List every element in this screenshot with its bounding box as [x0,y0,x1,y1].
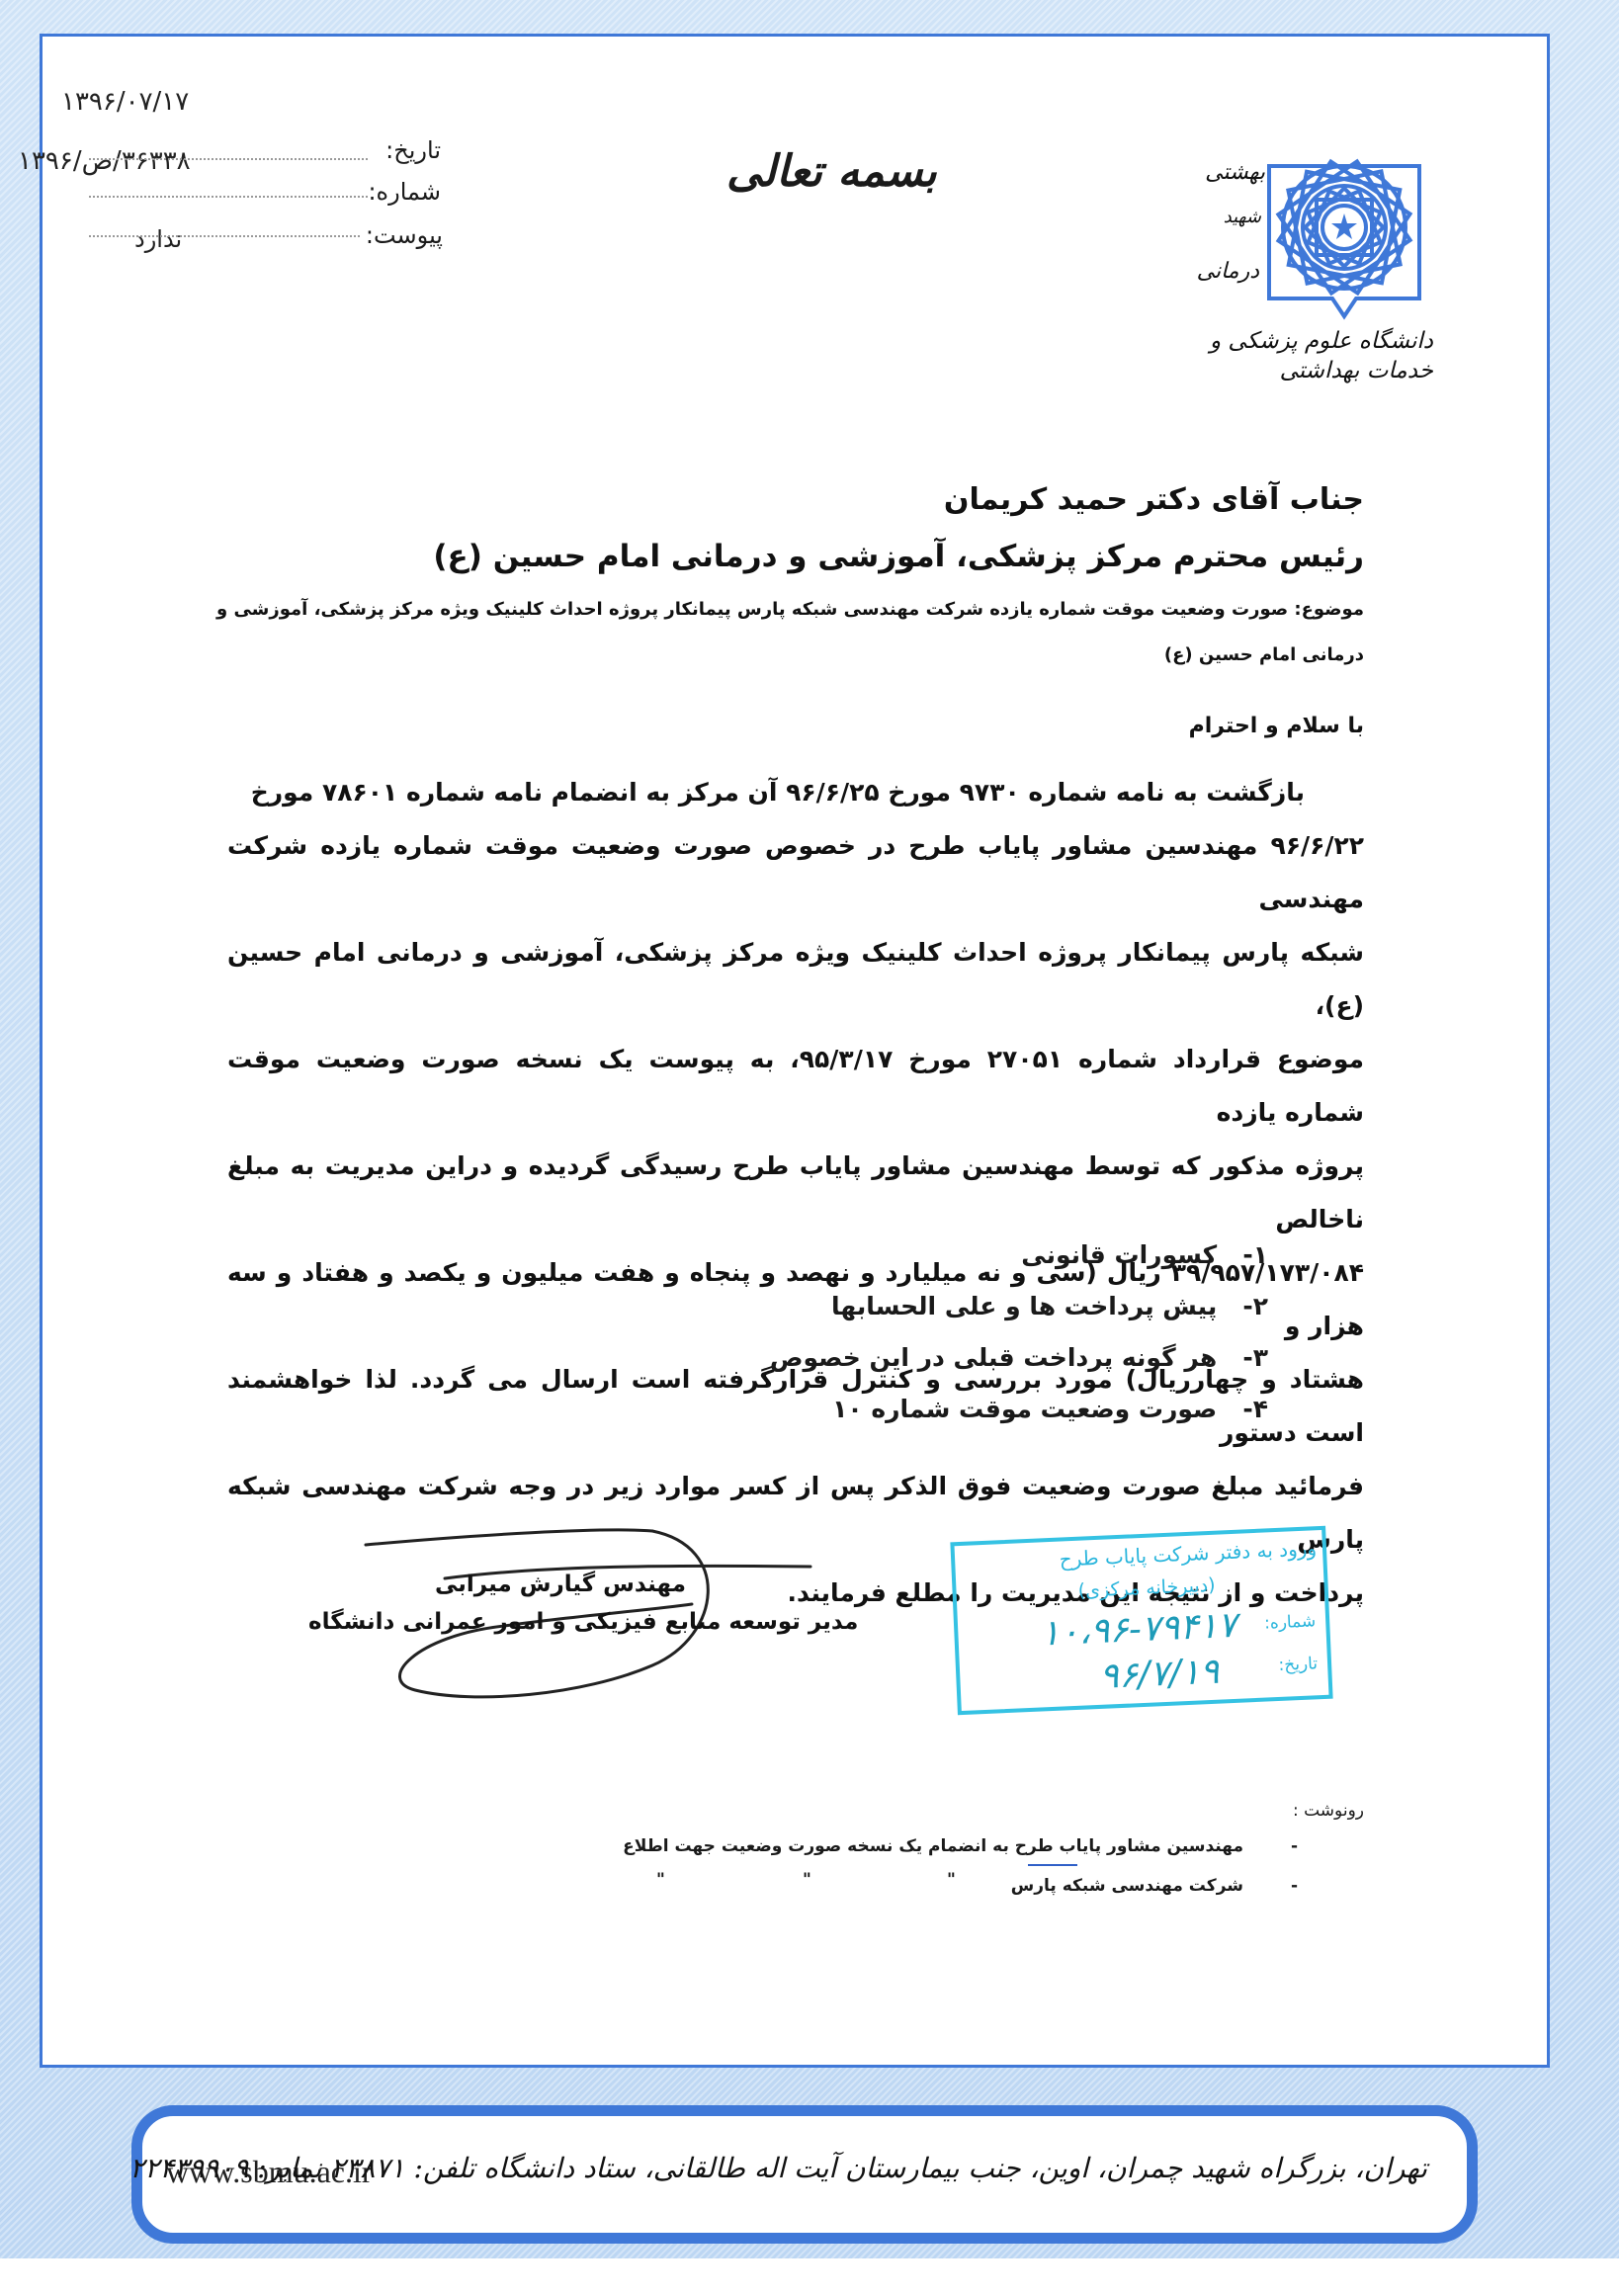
attachment-dotted-line [89,235,360,237]
deduction-text: کسورات قانونی [1021,1240,1217,1269]
deduction-text: صورت وضعیت موقت شماره ۱۰ [832,1395,1217,1423]
number-label: شماره: [376,178,441,206]
stamp-line-1: ورود به دفتر شرکت پایاب طرح [1059,1536,1317,1571]
deduction-item: ۴- صورت وضعیت موقت شماره ۱۰ [754,1395,1268,1446]
recipient-name: جناب آقای دکتر حمید کریمان [944,482,1364,517]
university-logo-icon [1265,128,1423,321]
cc-ditto-mark: " [947,1870,956,1890]
deductions-list: ۱- کسورات قانونی ۲- پیش پرداخت ها و علی … [754,1240,1268,1446]
deduction-item: ۱- کسورات قانونی [754,1240,1268,1292]
body-line: پروژه مذکور که توسط مهندسین مشاور پایاب … [227,1140,1364,1246]
body-line: موضوع قرارداد شماره ۲۷۰۵۱ مورخ ۹۵/۳/۱۷، … [227,1033,1364,1140]
cc-ditto-mark: " [656,1870,665,1890]
cc-item: مهندسین مشاور پایاب طرح به انضمام یک نسخ… [623,1836,1243,1856]
cc-bullet: - [1291,1836,1298,1856]
logo-text-darmani: درمانی [1156,257,1259,287]
deduction-number: ۴- [1242,1395,1268,1423]
stamp-date-label: تاریخ: [1278,1654,1318,1675]
body-line: شبکه پارس پیمانکار پروژه احداث کلینیک وی… [227,926,1364,1033]
date-label: تاریخ: [376,136,441,164]
body-paragraph: بازگشت به نامه شماره ۹۷۳۰ مورخ ۹۶/۶/۲۵ آ… [227,766,1364,1620]
subject-line-2: درمانی امام حسین (ع) [1164,644,1364,665]
deduction-text: هر گونه پرداخت قبلی در این خصوص [770,1343,1217,1372]
deduction-item: ۳- هر گونه پرداخت قبلی در این خصوص [754,1343,1268,1395]
logo-text-beheshti: بهشتی [1156,158,1265,188]
handwritten-attachment: ندارد [134,225,182,253]
stamp-line-2: (دبیرخانه مرکزی) [1077,1574,1216,1602]
recipient-title: رئیس محترم مرکز پزشکی، آموزشی و درمانی ا… [433,539,1364,574]
deduction-number: ۱- [1242,1240,1268,1269]
greeting: با سلام و احترام [1189,714,1364,738]
deduction-number: ۳- [1242,1343,1268,1372]
stamp-date-value: ۹۶/۷/۱۹ [1099,1652,1221,1697]
signatory-title: مدیر توسعه منابع فیزیکی و امور عمرانی دا… [308,1609,858,1635]
handwritten-letter-number: ۳۶۳۳۸/ص/۱۳۹۶ [18,146,191,176]
logo-text-university: دانشگاه علوم پزشکی و خدمات بهداشتی [1166,326,1433,385]
deduction-text: پیش پرداخت ها و علی الحسابها [831,1292,1217,1320]
cc-underline-mark [1028,1864,1077,1866]
number-dotted-line [89,196,368,198]
cc-bullet: - [1291,1876,1298,1896]
handwritten-date: ۱۳۹۶/۰۷/۱۷ [61,87,189,117]
body-line: بازگشت به نامه شماره ۹۷۳۰ مورخ ۹۶/۶/۲۵ آ… [227,766,1364,819]
cc-heading: رونوشت : [1293,1801,1364,1821]
letterhead-footer: www.sbmu.ac.ir تهران، بزرگراه شهید چمران… [131,2105,1478,2244]
subject-line-1: موضوع: صورت وضعیت موقت شماره یازده شرکت … [221,599,1364,620]
deduction-number: ۲- [1242,1292,1268,1320]
received-stamp: ورود به دفتر شرکت پایاب طرح (دبیرخانه مر… [950,1526,1332,1715]
signatory-name: مهندس گیارش میرابی [435,1572,686,1597]
logo-text-shahid: شهید [1156,203,1261,232]
stamp-number-value: ۱۰،۹۶-۷۹۴۱۷ [1040,1605,1237,1655]
body-line: ۹۶/۶/۲۲ مهندسین مشاور پایاب طرح در خصوص … [227,819,1364,926]
deduction-item: ۲- پیش پرداخت ها و علی الحسابها [754,1292,1268,1343]
cc-item: شرکت مهندسی شبکه پارس [1011,1876,1243,1896]
stamp-number-label: شماره: [1264,1611,1317,1633]
attachment-label: پیوست: [368,221,443,249]
cc-ditto-mark: " [803,1870,811,1890]
footer-address: تهران، بزرگراه شهید چمران، اوین، جنب بیم… [129,2152,1427,2184]
bismillah-heading: بسمه تعالی [726,146,937,197]
date-dotted-line [89,158,368,160]
